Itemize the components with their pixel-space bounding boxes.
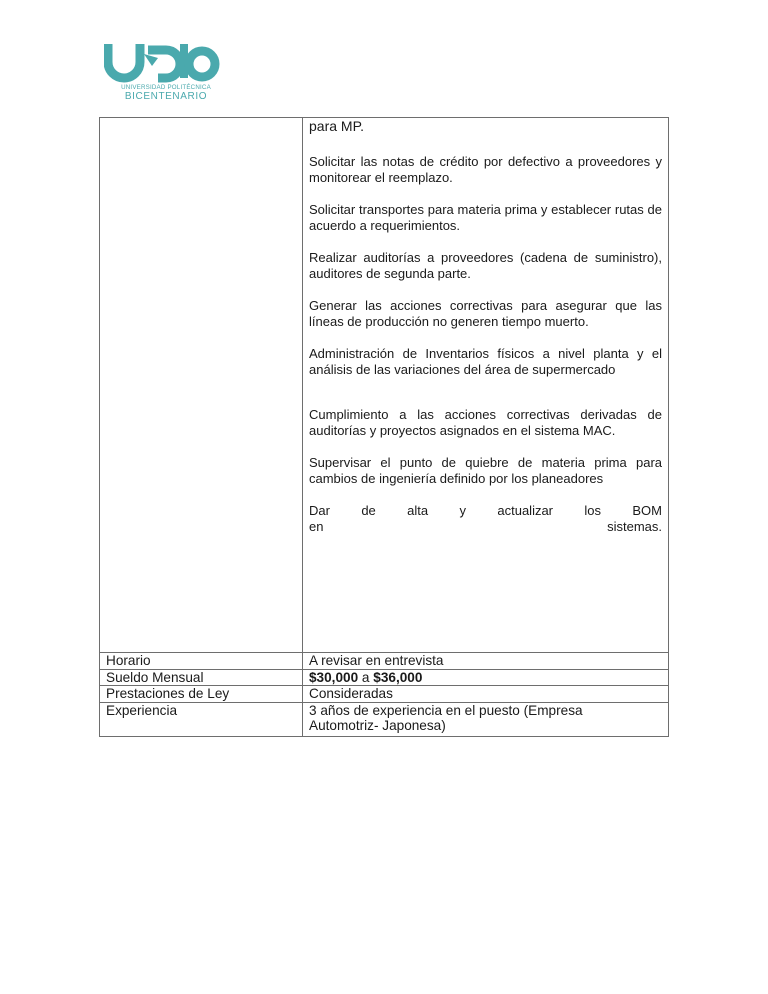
function-item: Cumplimiento a las acciones correctivas … (309, 407, 662, 439)
salary-max: $36,000 (373, 670, 422, 685)
function-item: Solicitar las notas de crédito por defec… (309, 154, 662, 186)
table-row-sueldo: Sueldo Mensual $30,000 a $36,000 (100, 669, 669, 686)
table-row-experiencia: Experiencia 3 años de experiencia en el … (100, 702, 669, 736)
function-item: Dar de alta y actualizar los BOM en sist… (309, 503, 662, 535)
function-item: Administración de Inventarios físicos a … (309, 346, 662, 378)
table-row-functions: para MP. Solicitar las notas de crédito … (100, 118, 669, 653)
salary-separator: a (358, 670, 373, 685)
logo-bicentenario-line: BICENTENARIO (104, 91, 228, 102)
function-item: Supervisar el punto de quiebre de materi… (309, 455, 662, 487)
row-label: Prestaciones de Ley (100, 686, 303, 703)
function-item: Realizar auditorías a proveedores (caden… (309, 250, 662, 282)
row-value: Consideradas (303, 686, 669, 703)
table-row-horario: Horario A revisar en entrevista (100, 653, 669, 670)
udb-logo-icon (104, 40, 228, 84)
function-item: Generar las acciones correctivas para as… (309, 298, 662, 330)
function-item: para MP. (309, 118, 662, 134)
salary-min: $30,000 (309, 670, 358, 685)
table-row-prestaciones: Prestaciones de Ley Consideradas (100, 686, 669, 703)
logo-university-line: UNIVERSIDAD POLITÉCNICA (104, 84, 228, 91)
university-logo: UNIVERSIDAD POLITÉCNICA BICENTENARIO (104, 40, 228, 102)
function-item: Solicitar transportes para materia prima… (309, 202, 662, 234)
job-details-table: para MP. Solicitar las notas de crédito … (99, 117, 669, 737)
row-value: 3 años de experiencia en el puesto (Empr… (303, 702, 669, 736)
functions-label-cell (100, 118, 303, 653)
row-label: Horario (100, 653, 303, 670)
row-label: Sueldo Mensual (100, 669, 303, 686)
row-label: Experiencia (100, 702, 303, 736)
salary-value: $30,000 a $36,000 (303, 669, 669, 686)
row-value: A revisar en entrevista (303, 653, 669, 670)
functions-cell: para MP. Solicitar las notas de crédito … (303, 118, 669, 653)
